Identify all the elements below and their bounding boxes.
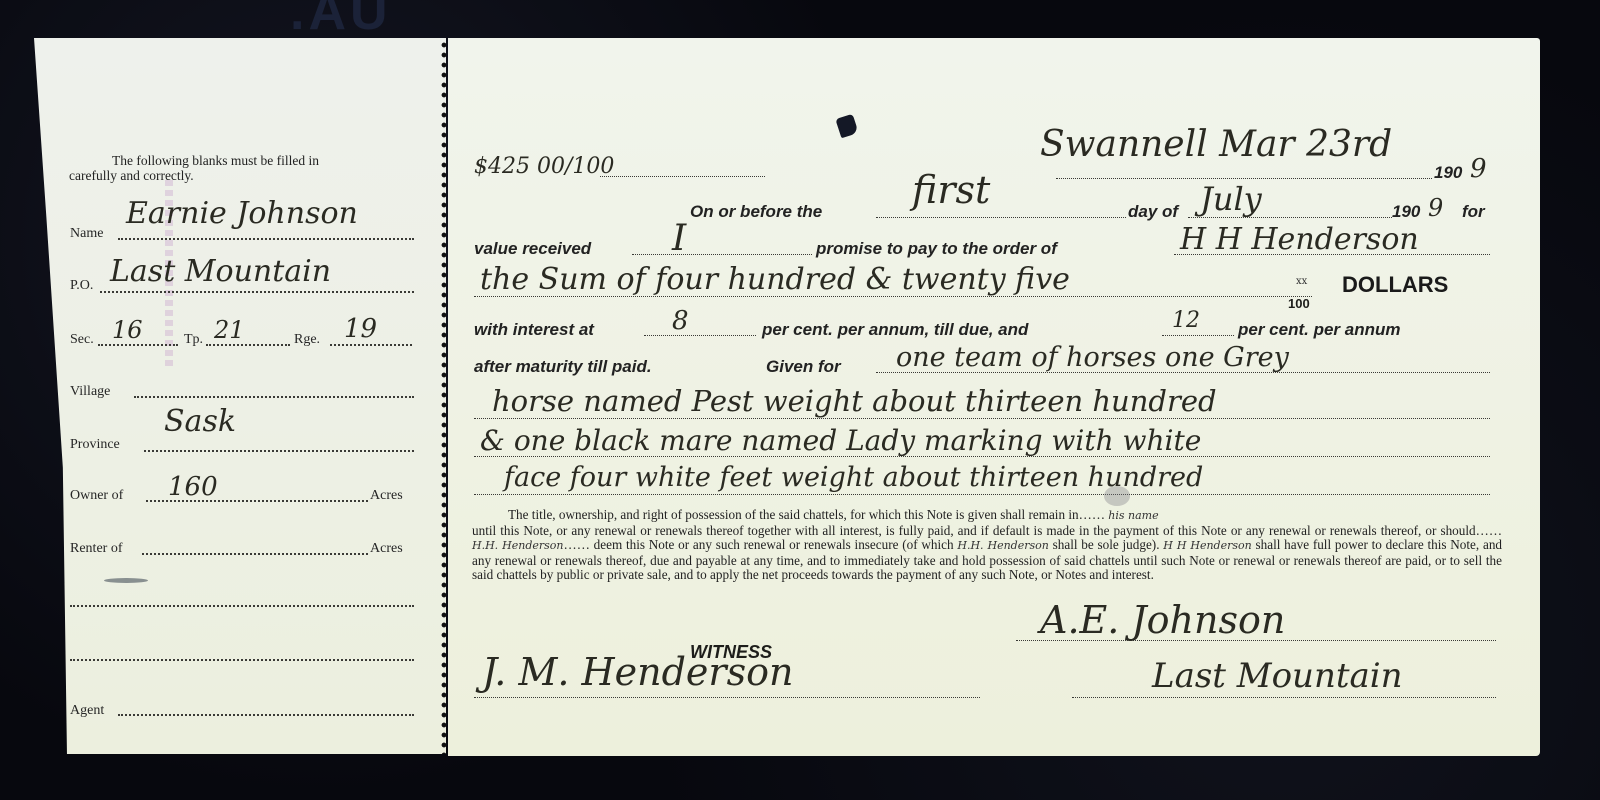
given-for-text-4[interactable]: face four white feet weight about thirte… bbox=[504, 462, 1203, 493]
stub-province-value[interactable]: Sask bbox=[164, 404, 236, 439]
promisor-value[interactable]: I bbox=[672, 218, 686, 259]
per-cent-due-label: per cent. per annum, till due, and bbox=[762, 320, 1028, 340]
stub-po-label: P.O. bbox=[70, 278, 93, 294]
day-of-label: day of bbox=[1128, 202, 1178, 222]
cents-numerator: xx bbox=[1296, 276, 1307, 287]
perforation-line bbox=[440, 40, 448, 754]
maker-signature[interactable]: A.E. Johnson bbox=[1040, 598, 1285, 642]
place-date-line bbox=[1056, 178, 1432, 179]
stub-renter-unit: Acres bbox=[370, 541, 403, 557]
dollars-label: DOLLARS bbox=[1342, 272, 1448, 298]
stub-owner-unit: Acres bbox=[370, 488, 403, 504]
stub-name-value[interactable]: Earnie Johnson bbox=[126, 196, 358, 231]
given-for-label: Given for bbox=[766, 357, 841, 377]
given-for-line-4 bbox=[474, 494, 1490, 495]
per-cent-annum-label: per cent. per annum bbox=[1238, 320, 1400, 340]
stub-rge-value[interactable]: 19 bbox=[344, 314, 377, 344]
ink-blot bbox=[1104, 486, 1130, 506]
interest-rate-value[interactable]: 8 bbox=[672, 306, 689, 336]
stub-sec-value[interactable]: 16 bbox=[112, 316, 143, 344]
stub-sec-label: Sec. bbox=[70, 332, 94, 348]
legal-p4: shall be sole judge). bbox=[1053, 537, 1160, 552]
stub-blank-line-1[interactable] bbox=[70, 605, 414, 607]
legal-p3: deem this Note or any such renewal or re… bbox=[594, 537, 954, 552]
given-for-text-1[interactable]: one team of horses one Grey bbox=[896, 342, 1289, 373]
after-maturity-label: after maturity till paid. bbox=[474, 357, 652, 377]
stub-po-value[interactable]: Last Mountain bbox=[110, 254, 331, 289]
year-prefix-1: 190 bbox=[1434, 163, 1462, 183]
legal-p1-fill[interactable]: his name bbox=[1108, 509, 1158, 522]
overdue-rate-line bbox=[1162, 335, 1234, 336]
ink-smudge bbox=[104, 578, 148, 583]
stub-name-label: Name bbox=[70, 226, 103, 242]
for-label: for bbox=[1462, 202, 1485, 222]
year-suffix-2[interactable]: 9 bbox=[1428, 194, 1443, 222]
stub-village-label: Village bbox=[70, 384, 110, 400]
stub-province-label: Province bbox=[70, 437, 120, 453]
stub-agent-label: Agent bbox=[70, 703, 104, 719]
legal-p3-fill[interactable]: H.H. Henderson bbox=[957, 539, 1049, 552]
promisor-line bbox=[632, 254, 812, 255]
year-prefix-2: 190 bbox=[1392, 202, 1420, 222]
place-date-value[interactable]: Swannell Mar 23rd bbox=[1040, 124, 1392, 165]
stub-rge-line bbox=[330, 344, 412, 346]
legal-p2: until this Note, or any renewal or renew… bbox=[472, 523, 1476, 538]
given-for-text-3[interactable]: & one black mare named Lady marking with… bbox=[480, 424, 1201, 457]
given-for-text-2[interactable]: horse named Pest weight about thirteen h… bbox=[492, 384, 1217, 418]
background-watermark: .AU bbox=[290, 0, 392, 42]
year-suffix-1[interactable]: 9 bbox=[1470, 154, 1487, 184]
stub-owner-value[interactable]: 160 bbox=[168, 472, 218, 502]
legal-p1: The title, ownership, and right of posse… bbox=[508, 507, 1079, 522]
on-or-before-label: On or before the bbox=[690, 202, 822, 222]
note-amount[interactable]: $425 00/100 bbox=[474, 154, 614, 179]
witness-line bbox=[474, 697, 980, 698]
given-for-line-2 bbox=[474, 418, 1490, 419]
due-day-value[interactable]: first bbox=[912, 168, 990, 212]
amount-line bbox=[600, 176, 765, 177]
due-month-value[interactable]: July bbox=[1200, 180, 1262, 218]
stub-agent-line[interactable] bbox=[118, 714, 414, 716]
stub-province-line bbox=[144, 450, 414, 452]
sum-text[interactable]: the Sum of four hundred & twenty five bbox=[480, 262, 1070, 297]
legal-p4-fill[interactable]: H H Henderson bbox=[1163, 539, 1251, 552]
stub-tp-value[interactable]: 21 bbox=[214, 316, 245, 344]
stub-rge-label: Rge. bbox=[294, 332, 320, 348]
overdue-rate-value[interactable]: 12 bbox=[1172, 308, 1200, 333]
due-day-line bbox=[876, 217, 1126, 218]
cents-denominator: 100 bbox=[1288, 296, 1310, 311]
stub-tp-line bbox=[206, 344, 290, 346]
value-received-label: value received bbox=[474, 239, 591, 259]
legal-terms: The title, ownership, and right of posse… bbox=[472, 508, 1502, 583]
maker-address[interactable]: Last Mountain bbox=[1152, 656, 1403, 696]
witness-signature[interactable]: J. M. Henderson bbox=[482, 650, 793, 694]
payee-value[interactable]: H H Henderson bbox=[1180, 222, 1419, 257]
stub-instructions-line2: carefully and correctly. bbox=[69, 168, 194, 184]
interest-rate-line bbox=[644, 335, 756, 336]
stub-tp-label: Tp. bbox=[184, 332, 203, 348]
promise-label: promise to pay to the order of bbox=[816, 239, 1057, 259]
stub-renter-label: Renter of bbox=[70, 541, 122, 557]
stub-village-line[interactable] bbox=[134, 396, 414, 398]
stub-name-line bbox=[118, 238, 414, 240]
stub-owner-label: Owner of bbox=[70, 488, 123, 504]
maker-address-line bbox=[1072, 697, 1496, 698]
legal-p2-fill[interactable]: H.H. Henderson bbox=[472, 539, 564, 552]
stub-renter-line[interactable] bbox=[142, 553, 368, 555]
interest-label: with interest at bbox=[474, 320, 594, 340]
stub-blank-line-2[interactable] bbox=[70, 659, 414, 661]
stub-instructions-line1: The following blanks must be filled in bbox=[112, 153, 319, 169]
stub-sec-line bbox=[98, 344, 178, 346]
stub-po-line bbox=[100, 291, 414, 293]
